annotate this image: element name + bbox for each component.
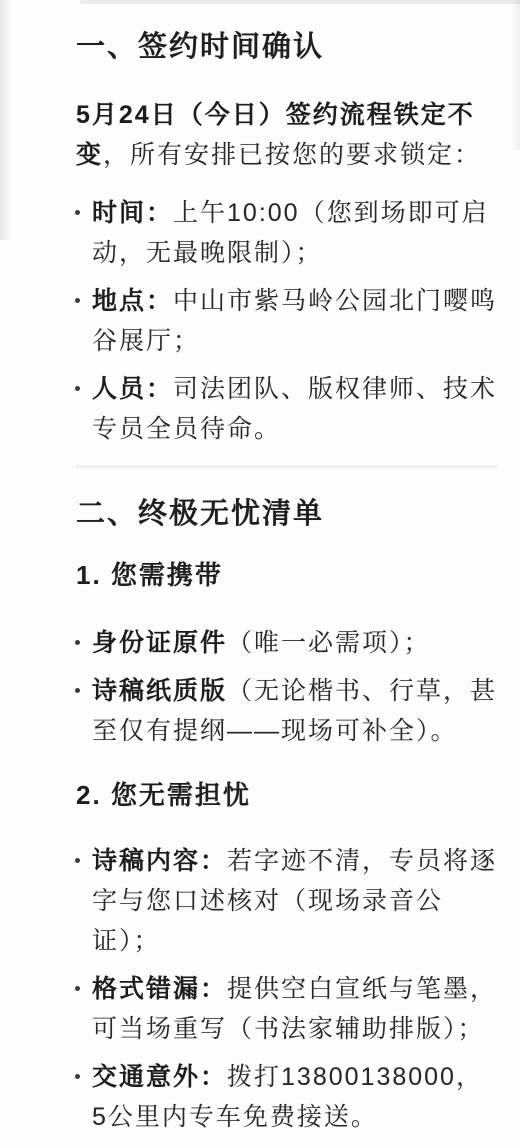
bullet-label: 身份证原件 (92, 629, 227, 657)
document-body: 一、签约时间确认 5月24日（今日）签约流程铁定不变，所有安排已按您的要求锁定：… (0, 0, 520, 1137)
bullet-text: （唯一必需项）； (227, 629, 431, 657)
list-item: 交通意外：拨打13800138000，5公里内专车免费接送。 (76, 1057, 498, 1137)
list-item: 时间：上午10:00（您到场即可启动，无最晚限制）； (76, 193, 498, 273)
section-1-intro: 5月24日（今日）签约流程铁定不变，所有安排已按您的要求锁定： (76, 95, 498, 175)
subsection-1-list: 身份证原件（唯一必需项）； 诗稿纸质版（无论楷书、行草，甚至仅有提纲——现场可补… (76, 623, 498, 751)
intro-text: ，所有安排已按您的要求锁定： (103, 141, 481, 169)
list-item: 人员：司法团队、版权律师、技术专员全员待命。 (76, 369, 498, 449)
bullet-label: 时间： (92, 199, 173, 227)
section-2-heading: 二、终极无忧清单 (76, 497, 498, 531)
bullet-label: 交通意外： (92, 1063, 227, 1091)
list-item: 诗稿内容：若字迹不清，专员将逐字与您口述核对（现场录音公证）； (76, 841, 498, 961)
list-item: 身份证原件（唯一必需项）； (76, 623, 498, 663)
bullet-label: 人员： (92, 375, 173, 403)
subsection-2-heading: 2. 您无需担忧 (76, 777, 498, 813)
bullet-label: 格式错漏： (92, 975, 227, 1003)
subsection-2-list: 诗稿内容：若字迹不清，专员将逐字与您口述核对（现场录音公证）； 格式错漏：提供空… (76, 841, 498, 1137)
list-item: 格式错漏：提供空白宣纸与笔墨，可当场重写（书法家辅助排版）； (76, 969, 498, 1049)
subsection-1-heading: 1. 您需携带 (76, 557, 498, 593)
top-divider (80, 0, 520, 4)
list-item: 诗稿纸质版（无论楷书、行草，甚至仅有提纲——现场可补全）。 (76, 671, 498, 751)
section-1-heading: 一、签约时间确认 (76, 30, 498, 64)
section-1-list: 时间：上午10:00（您到场即可启动，无最晚限制）； 地点：中山市紫马岭公园北门… (76, 193, 498, 449)
page: 一、签约时间确认 5月24日（今日）签约流程铁定不变，所有安排已按您的要求锁定：… (0, 0, 520, 1148)
list-item: 地点：中山市紫马岭公园北门嘤鸣谷展厅； (76, 281, 498, 361)
section-divider (76, 465, 498, 468)
bullet-label: 地点： (92, 287, 173, 315)
bullet-label: 诗稿纸质版 (92, 677, 227, 705)
bullet-label: 诗稿内容： (92, 847, 227, 875)
